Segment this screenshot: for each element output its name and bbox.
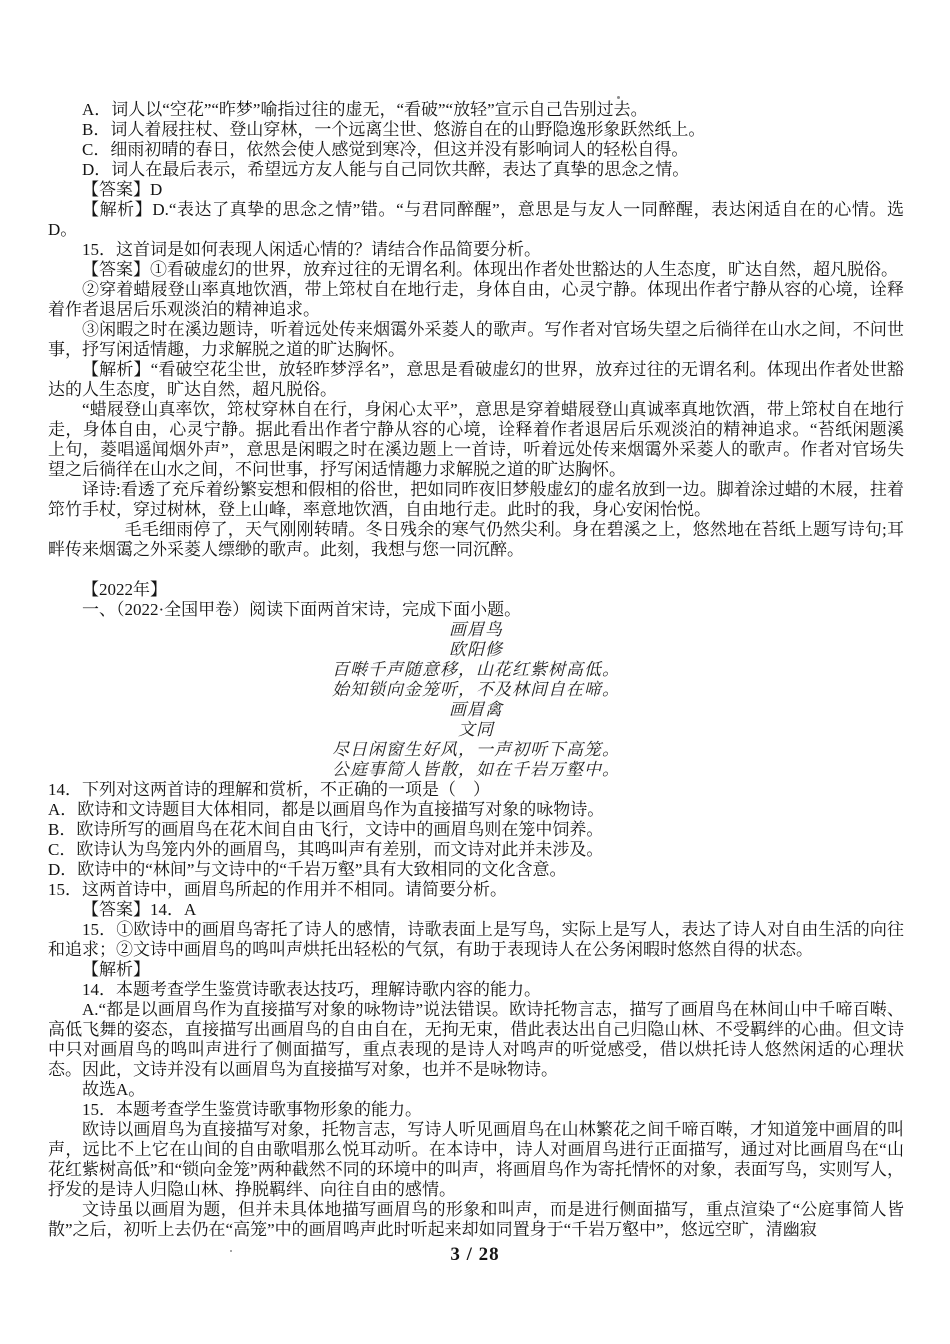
analysis-q14-conclusion: 故选A。 <box>48 1080 904 1100</box>
analysis-q15-detail-2: 文诗虽以画眉为题，但并未具体地描写画眉鸟的形象和叫声，而是进行侧面描写，重点渲染… <box>48 1200 904 1240</box>
answer-paragraph-3: ③闲暇之时在溪边题诗，听着远处传来烟霭外采菱人的歌声。写作者对官场失望之后徜徉在… <box>48 320 904 360</box>
analysis-q14-intro: 14．本题考查学生鉴赏诗歌表达技巧，理解诗歌内容的能力。 <box>48 980 904 1000</box>
question-14: 14．下列对这两首诗的理解和赏析，不正确的一项是（ ） <box>48 780 904 800</box>
analysis-q15-detail-1: 欧诗以画眉鸟为直接描写对象，托物言志，写诗人听见画眉鸟在山林繁花之间千啼百啭，才… <box>48 1120 904 1200</box>
analysis-label: 【解析】 <box>48 960 904 980</box>
analysis-q14-detail: A.“都是以画眉鸟作为直接描写对象的咏物诗”说法错误。欧诗托物言志，描写了画眉鸟… <box>48 1000 904 1080</box>
option-b: B．词人着屐拄杖、登山穿林，一个远离尘世、悠游自在的山野隐逸形象跃然纸上。 <box>48 120 904 140</box>
translation-paragraph-2: 毛毛细雨停了，天气刚刚转晴。冬日残余的寒气仍然尖利。身在碧溪之上，悠然地在苔纸上… <box>48 520 904 560</box>
answer-line-q15: 15．①欧诗中的画眉鸟寄托了诗人的感情，诗歌表面上是写鸟，实际上是写人，表达了诗… <box>48 920 904 960</box>
poem1-line-2: 始知锁向金笼听，不及林间自在啼。 <box>48 680 904 700</box>
document-page: A．词人以“空花”“昨梦”喻指过往的虚无，“看破”“放轻”宣示自己告别过去。 B… <box>48 100 904 1240</box>
analysis-paragraph-1: 【解析】“看破空花尘世，放轻昨梦浮名”，意思是看破虚幻的世界，放弃过往的无谓名利… <box>48 360 904 400</box>
analysis-paragraph-2: “蜡屐登山真率饮，筇杖穿林自在行，身闲心太平”，意思是穿着蜡屐登山真诚率真地饮酒… <box>48 400 904 480</box>
poem2-line-1: 尽日闲窗生好风，一声初听下高笼。 <box>48 740 904 760</box>
question-15: 15．这两首诗中，画眉鸟所起的作用并不相同。请简要分析。 <box>48 880 904 900</box>
question-15-prev: 15．这首词是如何表现人闲适心情的？请结合作品简要分析。 <box>48 240 904 260</box>
q14-option-d: D．欧诗中的“林间”与文诗中的“千岩万壑”具有大致相同的文化含意。 <box>48 860 904 880</box>
answer-line: 【答案】D <box>48 180 904 200</box>
poem1-line-1: 百啭千声随意移，山花红紫树高低。 <box>48 660 904 680</box>
poem1-title: 画眉鸟 <box>48 620 904 640</box>
section-heading-2022: 【2022年】 <box>48 580 904 600</box>
poem1-author: 欧阳修 <box>48 640 904 660</box>
q14-option-c: C．欧诗认为鸟笼内外的画眉鸟，其鸣叫声有差别，而文诗对此并未涉及。 <box>48 840 904 860</box>
stray-mark-top <box>617 96 620 99</box>
poem2-author: 文同 <box>48 720 904 740</box>
answer-paragraph-1: 【答案】①看破虚幻的世界，放弃过往的无谓名利。体现出作者处世豁达的人生态度，旷达… <box>48 260 904 280</box>
blank-line <box>48 560 904 580</box>
q14-option-b: B．欧诗所写的画眉鸟在花木间自由飞行，文诗中的画眉鸟则在笼中饲养。 <box>48 820 904 840</box>
option-d: D．词人在最后表示，希望远方友人能与自己同饮共醉，表达了真挚的思念之情。 <box>48 160 904 180</box>
page-number: 3 / 28 <box>0 1244 950 1266</box>
option-a: A．词人以“空花”“昨梦”喻指过往的虚无，“看破”“放轻”宣示自己告别过去。 <box>48 100 904 120</box>
analysis-q15-intro: 15．本题考查学生鉴赏诗歌事物形象的能力。 <box>48 1100 904 1120</box>
q14-option-a: A．欧诗和文诗题目大体相同，都是以画眉鸟作为直接描写对象的咏物诗。 <box>48 800 904 820</box>
section-intro: 一、（2022·全国甲卷）阅读下面两首宋诗，完成下面小题。 <box>48 600 904 620</box>
option-c: C．细雨初晴的春日，依然会使人感觉到寒冷，但这并没有影响词人的轻松自得。 <box>48 140 904 160</box>
answer-line-q14: 【答案】14．A <box>48 900 904 920</box>
poem2-title: 画眉禽 <box>48 700 904 720</box>
stray-mark-bottom <box>230 1250 232 1252</box>
analysis-paragraph: 【解析】D.“表达了真挚的思念之情”错。“与君同醉醒”，意思是与友人一同醉醒，表… <box>48 200 904 240</box>
translation-paragraph-1: 译诗:看透了充斥着纷繁妄想和假相的俗世，把如同昨夜旧梦般虚幻的虚名放到一边。脚着… <box>48 480 904 520</box>
poem2-line-2: 公庭事简人皆散，如在千岩万壑中。 <box>48 760 904 780</box>
answer-paragraph-2: ②穿着蜡屐登山率真地饮酒，带上筇杖自在地行走，身体自由，心灵宁静。体现出作者宁静… <box>48 280 904 320</box>
